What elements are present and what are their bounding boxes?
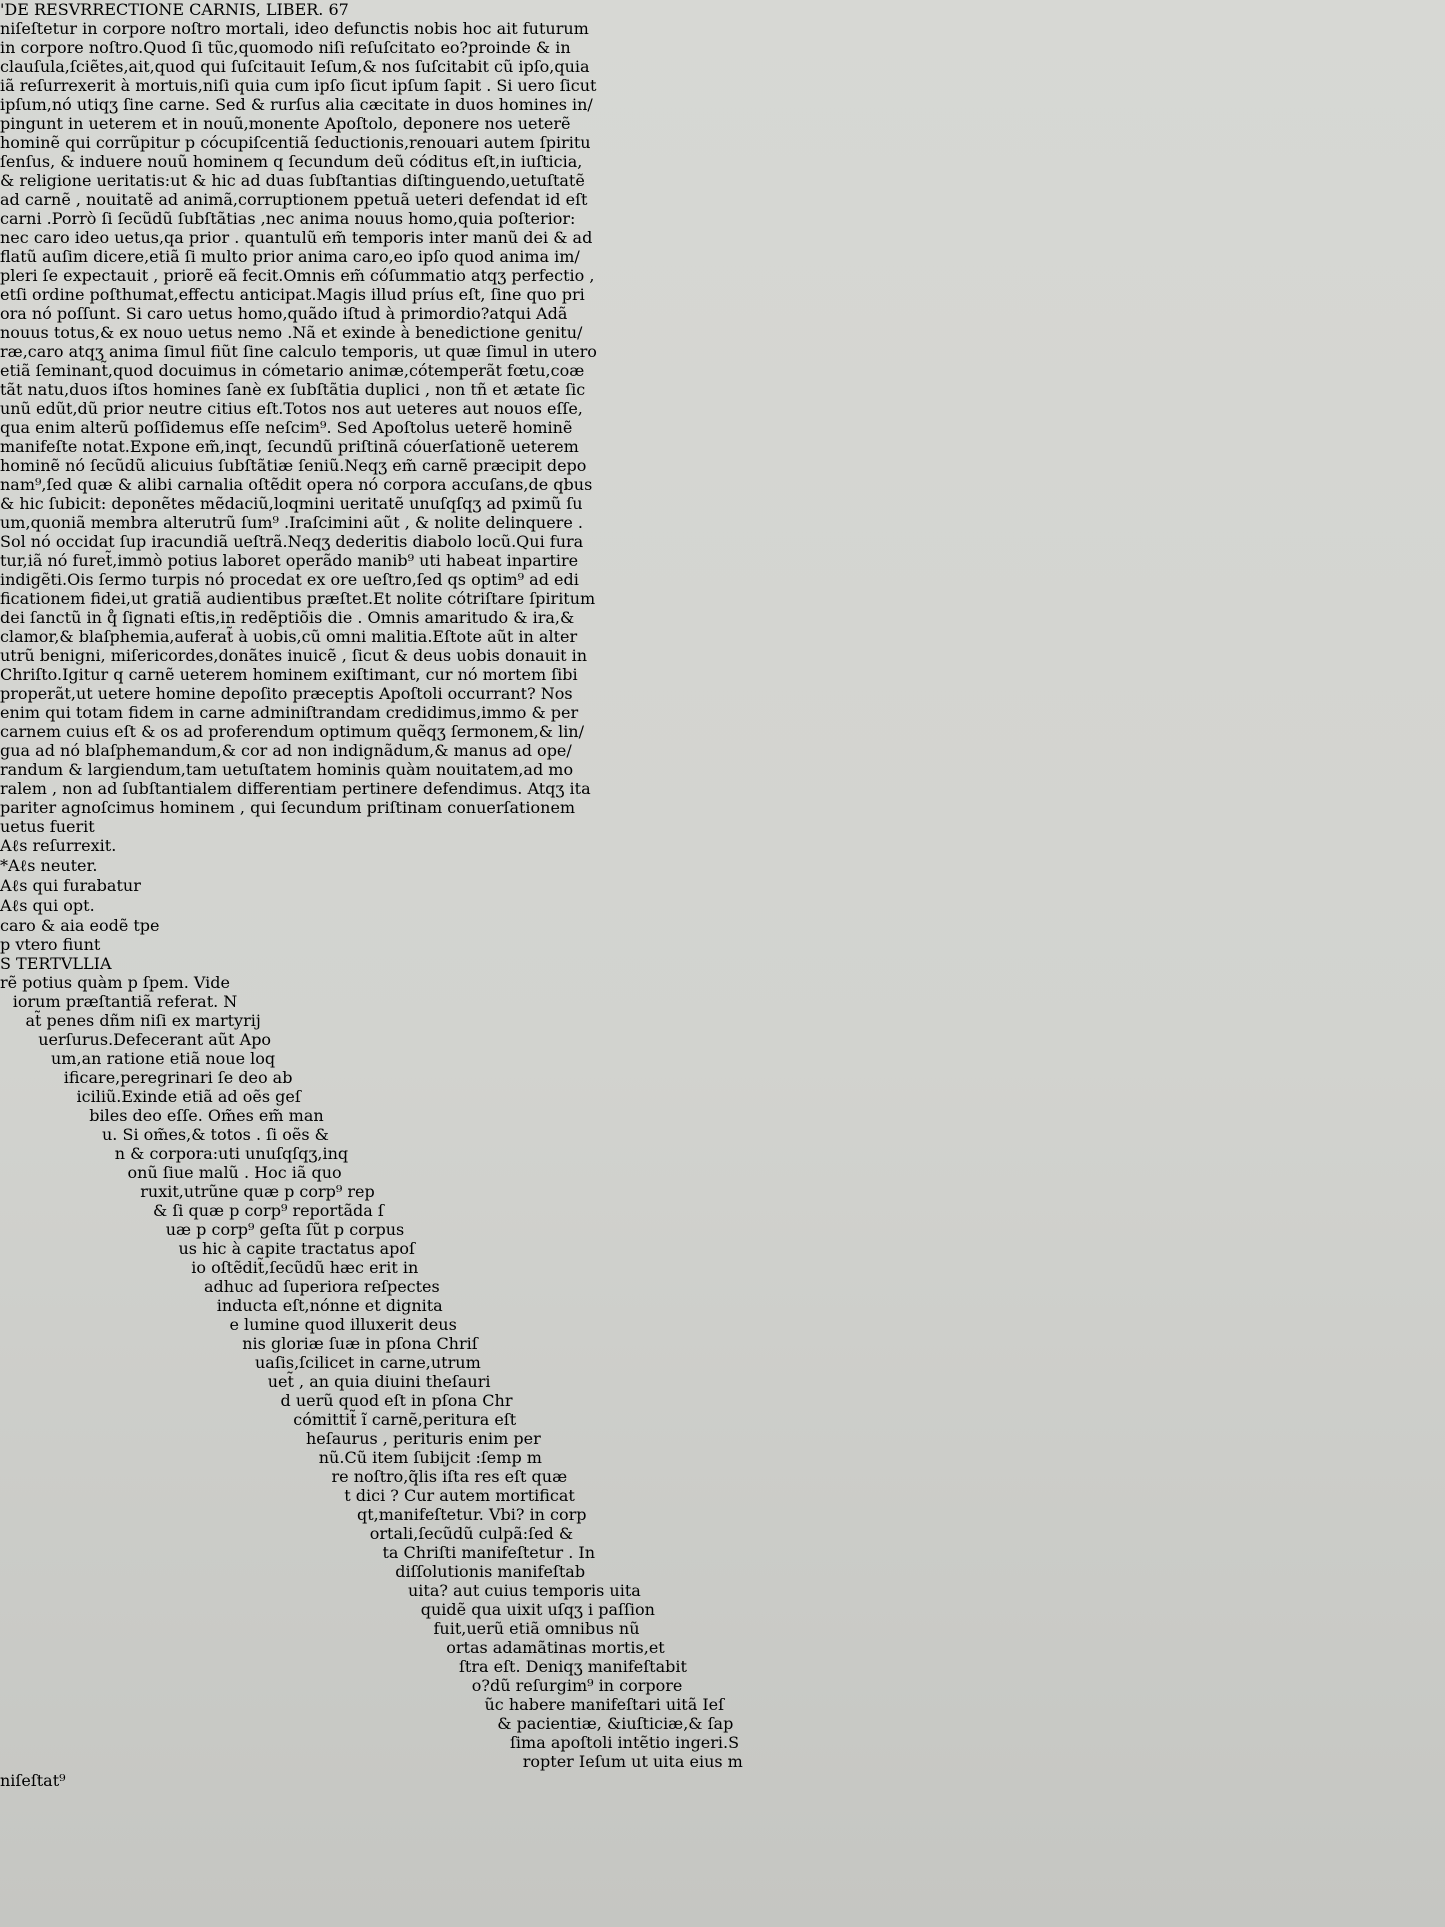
left-text-line: biles deo eſſe. Om̃es em̃ man bbox=[89, 1106, 1445, 1125]
text-line: etiã ſeminant̃,quod docuimus in cómetari… bbox=[0, 361, 1445, 380]
left-text-line: e lumine quod illuxerit deus bbox=[230, 1315, 1445, 1334]
left-text-line: ta Chriſti manifeſtetur . In bbox=[383, 1543, 1445, 1562]
left-text-line: rẽ potius quàm p ſpem. Vide bbox=[0, 973, 1445, 992]
text-line: ora nó poſſunt. Si caro uetus homo,quãdo… bbox=[0, 304, 1445, 323]
left-text-line: onũ ſiue malũ . Hoc iã quo bbox=[128, 1163, 1445, 1182]
text-line: manifeſte notat.Expone em̃,inqt, ſecundũ… bbox=[0, 437, 1445, 456]
running-header-title: DE RESVRRECTIONE CARNIS, LIBER. bbox=[4, 0, 323, 19]
text-line: ræ,caro atqʒ anima ſimul fiũt ſine calcu… bbox=[0, 342, 1445, 361]
margin-note-furabatur: Aℓs qui furabatur bbox=[0, 876, 1445, 896]
left-running-header: S TERTVLLIA bbox=[0, 954, 1445, 973]
text-line: pleri ſe expectauit , priorẽ eã fecit.Om… bbox=[0, 266, 1445, 285]
left-text-line: & pacientiæ, &iuſticiæ,& ſap bbox=[497, 1714, 1445, 1733]
text-line: in corpore noſtro.Quod ſi tũc,quomodo ni… bbox=[0, 38, 1445, 57]
left-text-line: ũc habere manifeſtari uitã Ieſ bbox=[485, 1695, 1445, 1714]
handwritten-line-2: p vtero fiunt bbox=[0, 935, 1445, 954]
text-line: unũ edũt,dũ prior neutre citius eſt.Toto… bbox=[0, 399, 1445, 418]
running-header: 'DE RESVRRECTIONE CARNIS, LIBER. 67 bbox=[0, 0, 1445, 19]
text-line: utrũ benigni, miſericordes,donãtes inuic… bbox=[0, 646, 1445, 665]
left-text-line: iorum præſtantiã referat. N bbox=[13, 992, 1445, 1011]
text-line: nec caro ideo uetus,qa prior . quantulũ … bbox=[0, 228, 1445, 247]
left-text-line: iciliũ.Exinde etiã ad oẽs geſ bbox=[77, 1087, 1445, 1106]
left-text-line: t dici ? Cur autem mortificat bbox=[344, 1486, 1445, 1505]
margin-note-resurrexit: Aℓs reſurrexit. bbox=[0, 836, 1445, 856]
text-line: iã reſurrexerit à mortuis,niſi quia cum … bbox=[0, 76, 1445, 95]
text-line: ad carnẽ , nouitatẽ ad animã,corruptione… bbox=[0, 190, 1445, 209]
handwritten-line-1: caro & aia eodẽ tpe bbox=[0, 916, 1445, 935]
main-text-lastrow: uetus fuerit bbox=[0, 817, 1445, 836]
text-line: flatũ auſim dicere,etiã ſi multo prior a… bbox=[0, 247, 1445, 266]
left-text-line: ificare,peregrinari ſe deo ab bbox=[64, 1068, 1445, 1087]
text-line: carnem cuius eſt & os ad proferendum opt… bbox=[0, 722, 1445, 741]
left-text-line: n & corpora:uti unuſqſqʒ,inq bbox=[115, 1144, 1445, 1163]
text-line: Chriſto.Igitur q carnẽ ueterem hominem e… bbox=[0, 665, 1445, 684]
text-line: hominẽ qui corrũpitur p cócupiſcentiã ſe… bbox=[0, 133, 1445, 152]
text-line: pingunt in ueterem et in nouũ,monente Ap… bbox=[0, 114, 1445, 133]
left-text-line: fuit,uerũ etiã omnibus nũ bbox=[434, 1619, 1445, 1638]
text-line: tur,iã nó furet̃,immò potius laboret ope… bbox=[0, 551, 1445, 570]
text-line: ficationem fidei,ut gratiã audientibus p… bbox=[0, 589, 1445, 608]
left-text-line: adhuc ad ſuperiora reſpectes bbox=[204, 1277, 1445, 1296]
left-text-line: qt,manifeſtetur. Vbi? in corp bbox=[357, 1505, 1445, 1524]
text-line: nam⁹,ſed quæ & alibi carnalia oſtẽdit op… bbox=[0, 475, 1445, 494]
left-text-line: cómittit̃ ĩ carnẽ,peritura eſt bbox=[293, 1410, 1445, 1429]
handwritten-note: caro & aia eodẽ tpe p vtero fiunt bbox=[0, 916, 1445, 954]
text-line: & hic ſubicit: deponẽtes mẽdaciũ,loqmini… bbox=[0, 494, 1445, 513]
left-text-line: nũ.Cũ item ſubijcit :ſemp m bbox=[319, 1448, 1445, 1467]
left-text-line: nis gloriæ ſuæ in pſona Chriſ bbox=[242, 1334, 1445, 1353]
left-text-line: ruxit,utrũne quæ p corp⁹ rep bbox=[140, 1182, 1445, 1201]
text-line: dei ſanctũ in q̊ ſignati eſtis,in redẽpt… bbox=[0, 608, 1445, 627]
text-line: clauſula,ſciẽtes,ait,quod qui ſuſcitauit… bbox=[0, 57, 1445, 76]
text-line: randum & largiendum,tam uetuſtatem homin… bbox=[0, 760, 1445, 779]
text-line: indigẽti.Ois ſermo turpis nó procedat ex… bbox=[0, 570, 1445, 589]
text-line: enim qui totam fidem in carne adminiſtra… bbox=[0, 703, 1445, 722]
text-line: properãt,ut uetere homine depoſito præce… bbox=[0, 684, 1445, 703]
text-line: nouus totus,& ex nouo uetus nemo .Nã et … bbox=[0, 323, 1445, 342]
text-line: gua ad nó blaſphemandum,& cor ad non ind… bbox=[0, 741, 1445, 760]
left-text-line: um,an ratione etiã noue loq bbox=[51, 1049, 1445, 1068]
backdrop-shadow bbox=[0, 1590, 250, 1927]
text-line: ſenſus, & induere nouũ hominem q ſecundu… bbox=[0, 152, 1445, 171]
left-text-line: & ſi quæ p corp⁹ reportãda ſ bbox=[153, 1201, 1445, 1220]
text-line: hominẽ nó ſecũdũ alicuius ſubſtãtiæ ſeni… bbox=[0, 456, 1445, 475]
left-text-line: ſima apoſtoli intẽtio ingeri.S bbox=[510, 1733, 1445, 1752]
margin-note-opt: Aℓs qui opt. bbox=[0, 896, 1445, 916]
main-text-block: niſeſtetur in corpore noſtro mortali, id… bbox=[0, 19, 1445, 817]
left-text-line: diſſolutionis manifeſtab bbox=[395, 1562, 1445, 1581]
text-line: qua enim alterũ poſſidemus eſſe neſcim⁹.… bbox=[0, 418, 1445, 437]
left-text-line: ropter Ieſum ut uita eius m bbox=[523, 1752, 1445, 1771]
book-photo: 'DE RESVRRECTIONE CARNIS, LIBER. 67 niſe… bbox=[0, 0, 1445, 1927]
text-line: ipſum,nó utiqʒ ſine carne. Sed & rurſus … bbox=[0, 95, 1445, 114]
left-text-line: d uerũ quod eſt in pſona Chr bbox=[281, 1391, 1445, 1410]
left-text-line: uita? aut cuius temporis uita bbox=[408, 1581, 1445, 1600]
page-number: 67 bbox=[328, 0, 348, 19]
left-text-line: o?dũ reſurgim⁹ in corpore bbox=[472, 1676, 1445, 1695]
left-text-line: re noſtro,q̃lis iſta res eſt quæ bbox=[332, 1467, 1445, 1486]
left-text-line: uet̃ , an quia diuini theſauri bbox=[268, 1372, 1445, 1391]
book-page-right: 'DE RESVRRECTIONE CARNIS, LIBER. 67 niſe… bbox=[0, 0, 1445, 954]
left-text-line: u. Si om̃es,& totos . ſi oẽs & bbox=[102, 1125, 1445, 1144]
text-line: niſeſtetur in corpore noſtro mortali, id… bbox=[0, 19, 1445, 38]
left-text-line: ortali,ſecũdũ culpã:ſed & bbox=[370, 1524, 1445, 1543]
left-text-line: heſaurus , perituris enim per bbox=[306, 1429, 1445, 1448]
left-text-line: at̃ penes dñm niſi ex martyrij bbox=[26, 1011, 1445, 1030]
text-line: Sol nó occidat ſup iracundiã ueſtrã.Neqʒ… bbox=[0, 532, 1445, 551]
left-text-line: inducta eſt,nónne et dignita bbox=[217, 1296, 1445, 1315]
text-line: etſi ordine poſthumat,effectu anticipat.… bbox=[0, 285, 1445, 304]
left-text-line: ortas adamãtinas mortis,et bbox=[446, 1638, 1445, 1657]
text-line: ralem , non ad ſubſtantialem differentia… bbox=[0, 779, 1445, 798]
text-line: & religione ueritatis:ut & hic ad duas ſ… bbox=[0, 171, 1445, 190]
text-line-last: uetus fuerit bbox=[0, 817, 1445, 836]
left-text-line: uerſurus.Defecerant aũt Apo bbox=[38, 1030, 1445, 1049]
left-text-line: uæ p corp⁹ geſta ſũt p corpus bbox=[166, 1220, 1445, 1239]
text-line: pariter agnoſcimus hominem , qui ſecundu… bbox=[0, 798, 1445, 817]
left-text-line: io oſtẽdit̃,ſecũdũ hæc erit in bbox=[191, 1258, 1445, 1277]
text-line: um,quoniã membra alterutrũ ſum⁹ .Iraſcim… bbox=[0, 513, 1445, 532]
left-text-line: quidẽ qua uixit uſqʒ i paſſion bbox=[421, 1600, 1445, 1619]
left-text-line: ſtra eſt. Deniqʒ manifeſtabit bbox=[459, 1657, 1445, 1676]
text-line: carni .Porrò ſi ſecũdũ ſubſtãtias ,nec a… bbox=[0, 209, 1445, 228]
margin-note-neuter: *Aℓs neuter. bbox=[0, 856, 1445, 876]
text-line: clamor,& blaſphemia,auferat̃ à uobis,cũ … bbox=[0, 627, 1445, 646]
left-text-line: us hic à capite tractatus apoſ bbox=[179, 1239, 1445, 1258]
text-line: tãt natu,duos iſtos homines ſanè ex ſubſ… bbox=[0, 380, 1445, 399]
left-text-line: uaſis,ſcilicet in carne,utrum bbox=[255, 1353, 1445, 1372]
